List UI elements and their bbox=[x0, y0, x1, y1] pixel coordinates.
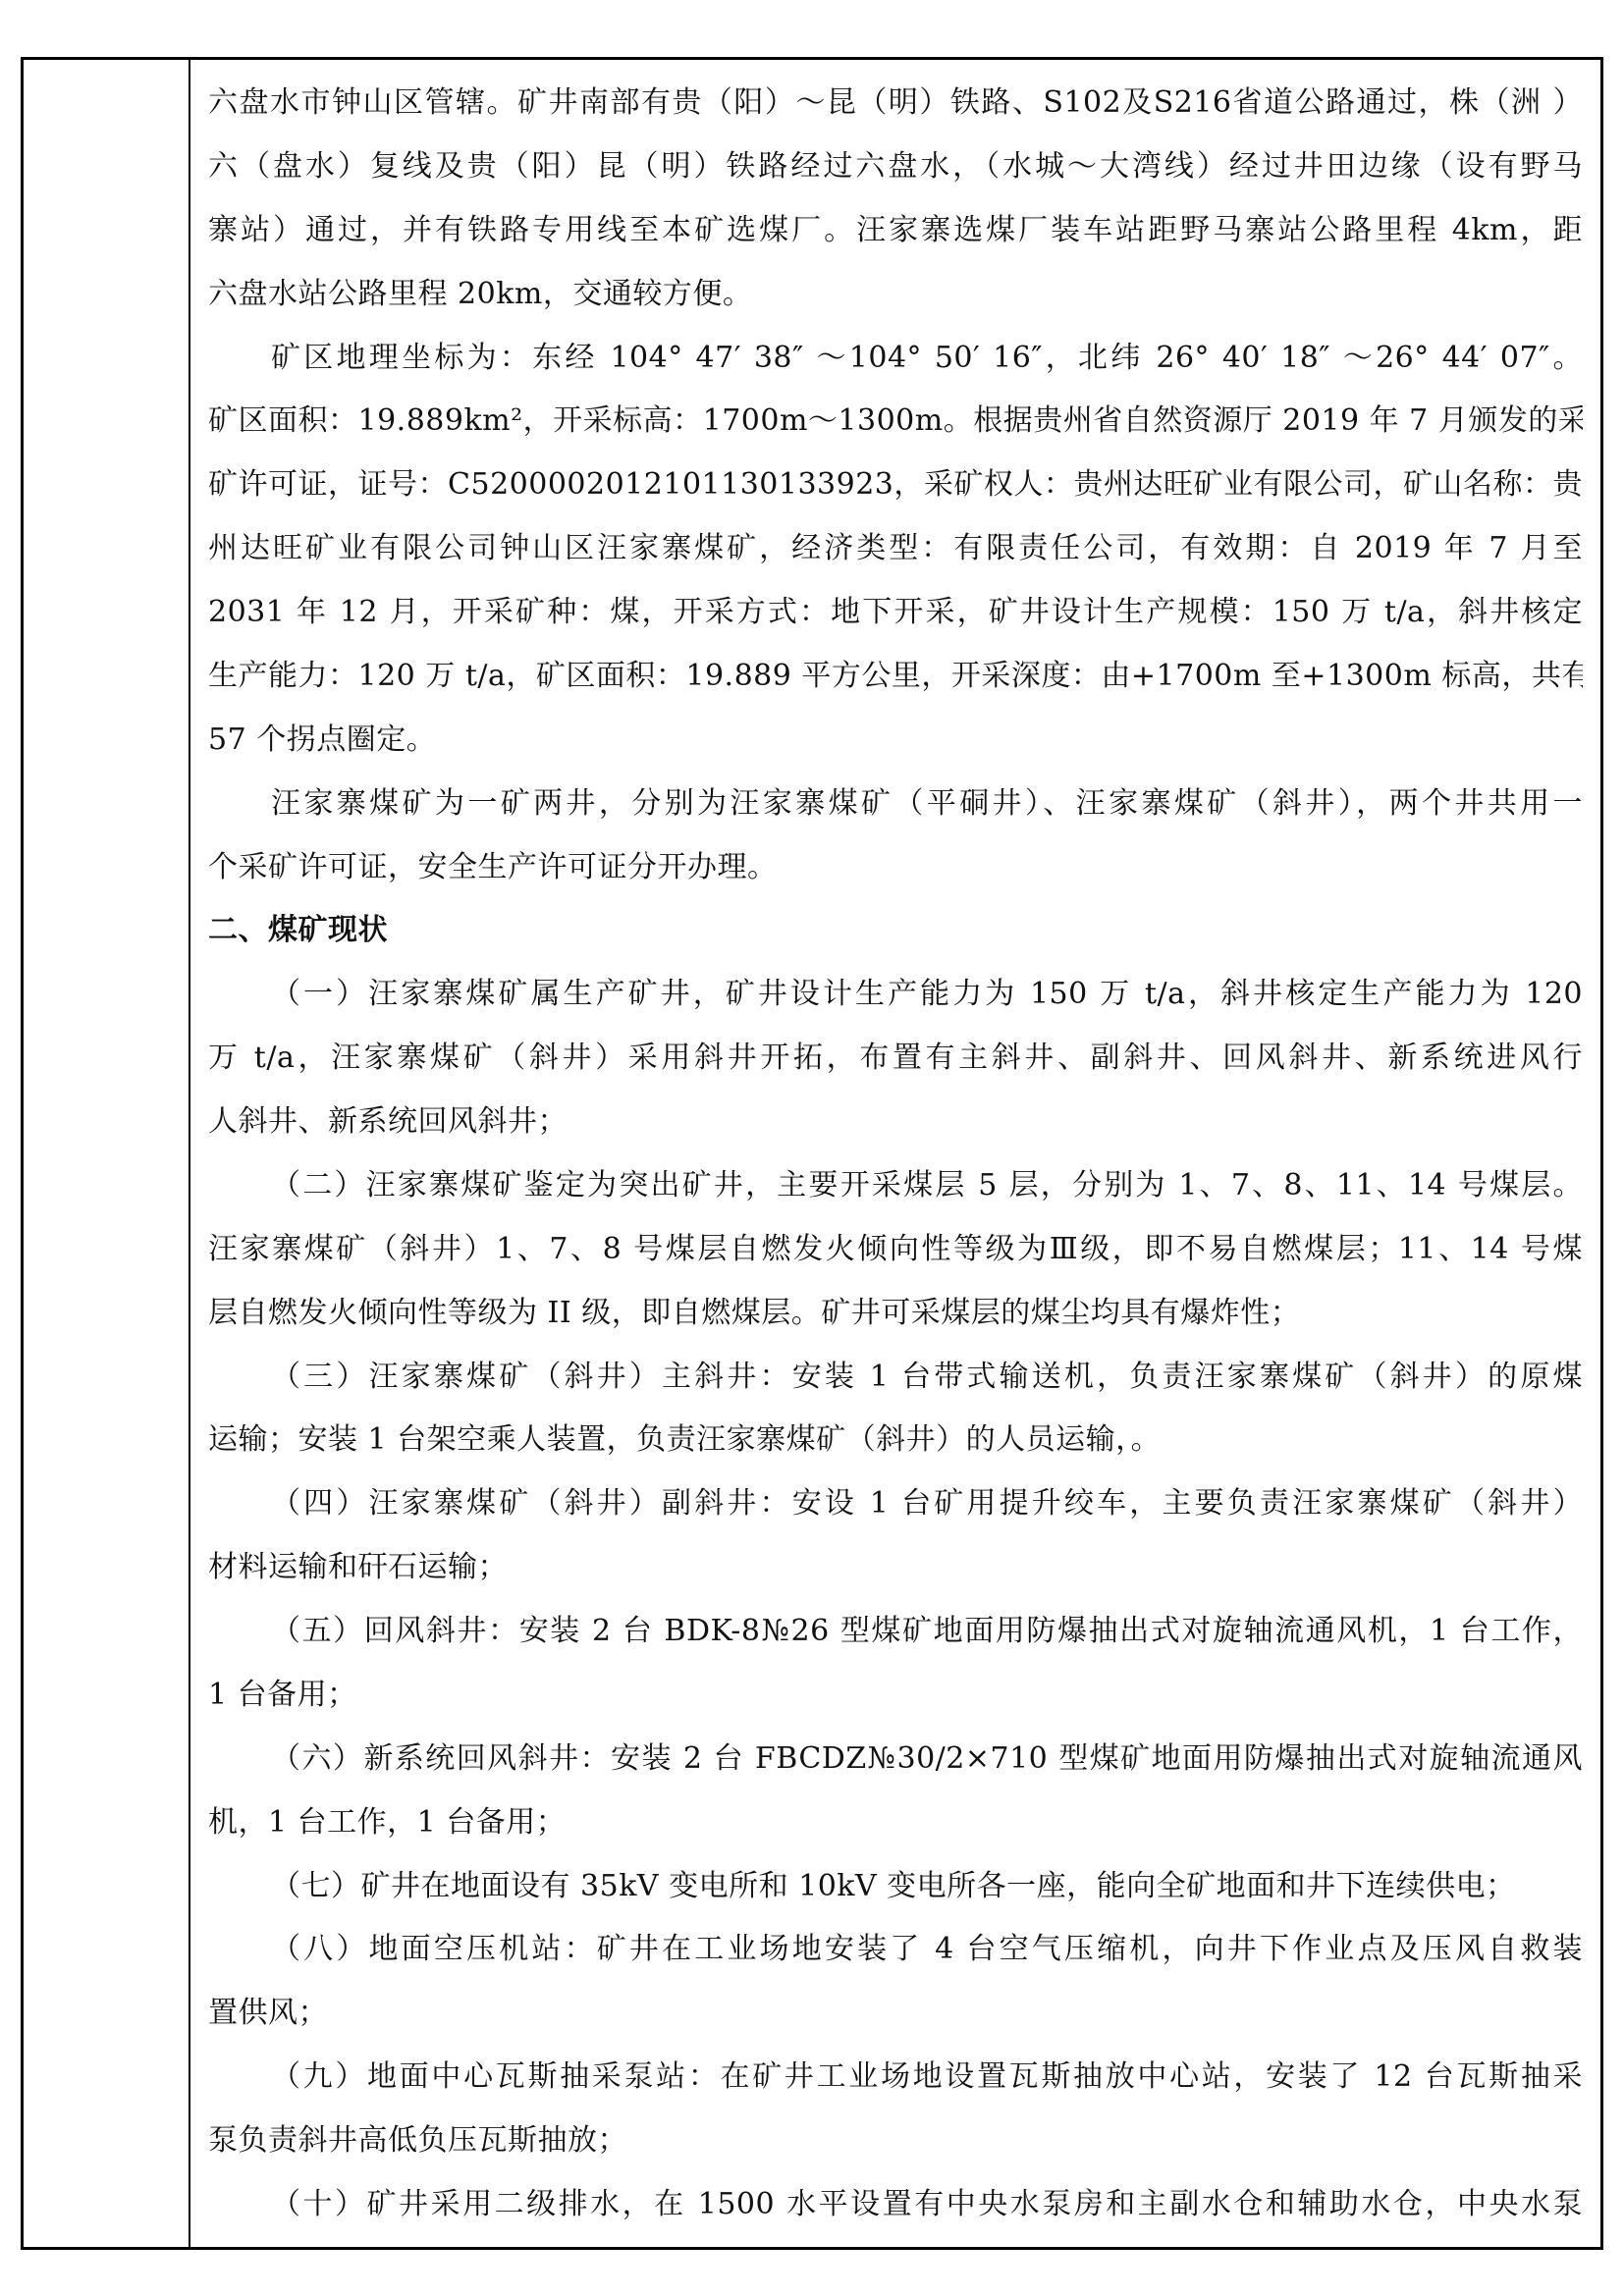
document-table: 六盘水市钟山区管辖。矿井南部有贵（阳）～昆（明）铁路、S102及S216省道公路… bbox=[21, 57, 1603, 2250]
text-line: （九）地面中心瓦斯抽采泵站：在矿井工业场地设置瓦斯抽放中心站，安装了 12 台瓦… bbox=[208, 2046, 1583, 2109]
text-line: 矿区地理坐标为：东经 104° 47′ 38″ ～104° 50′ 16″，北纬… bbox=[208, 327, 1583, 391]
text-line: 材料运输和矸石运输； bbox=[208, 1536, 1583, 1600]
text-line: 机，1 台工作，1 台备用； bbox=[208, 1791, 1583, 1855]
text-line: 生产能力：120 万 t/a，矿区面积：19.889 平方公里，开采深度：由+1… bbox=[208, 645, 1583, 709]
text-line: 六盘水站公路里程 20km，交通较方便。 bbox=[208, 263, 1583, 327]
text-line: 州达旺矿业有限公司钟山区汪家寨煤矿，经济类型：有限责任公司，有效期：自 2019… bbox=[208, 517, 1583, 581]
section-heading: 二、煤矿现状 bbox=[208, 899, 1583, 963]
text-line: 矿区面积：19.889km²，开采标高：1700m～1300m。根据贵州省自然资… bbox=[208, 390, 1583, 454]
text-line: 57 个拐点圈定。 bbox=[208, 709, 1583, 773]
text-line: 寨站）通过，并有铁路专用线至本矿选煤厂。汪家寨选煤厂装车站距野马寨站公路里程 4… bbox=[208, 199, 1583, 263]
text-line: 六盘水市钟山区管辖。矿井南部有贵（阳）～昆（明）铁路、S102及S216省道公路… bbox=[208, 72, 1583, 135]
text-line: 层自燃发火倾向性等级为 II 级，即自燃煤层。矿井可采煤层的煤尘均具有爆炸性； bbox=[208, 1282, 1583, 1346]
text-line: 2031 年 12 月，开采矿种：煤，开采方式：地下开采，矿井设计生产规模：15… bbox=[208, 581, 1583, 645]
text-line: （八）地面空压机站：矿井在工业场地安装了 4 台空气压缩机，向井下作业点及压风自… bbox=[208, 1918, 1583, 1982]
text-line: 六（盘水）复线及贵（阳）昆（明）铁路经过六盘水，（水城～大湾线）经过井田边缘（设… bbox=[208, 135, 1583, 199]
table-content-cell: 六盘水市钟山区管辖。矿井南部有贵（阳）～昆（明）铁路、S102及S216省道公路… bbox=[190, 60, 1600, 2247]
text-line: （十）矿井采用二级排水，在 1500 水平设置有中央水泵房和主副水仓和辅助水仓，… bbox=[208, 2173, 1583, 2237]
text-line: （六）新系统回风斜井：安装 2 台 FBCDZ№30/2×710 型煤矿地面用防… bbox=[208, 1728, 1583, 1791]
text-line: 矿许可证，证号：C5200002012101130133923，采矿权人：贵州达… bbox=[208, 454, 1583, 517]
text-line: （一）汪家寨煤矿属生产矿井，矿井设计生产能力为 150 万 t/a，斜井核定生产… bbox=[208, 963, 1583, 1027]
text-line: 泵负责斜井高低负压瓦斯抽放； bbox=[208, 2109, 1583, 2173]
table-left-cell bbox=[24, 60, 190, 2247]
text-line: 1 台备用； bbox=[208, 1664, 1583, 1728]
text-line: 汪家寨煤矿（斜井）1、7、8 号煤层自燃发火倾向性等级为Ⅲ级，即不易自燃煤层；1… bbox=[208, 1218, 1583, 1282]
text-line: 运输；安装 1 台架空乘人装置，负责汪家寨煤矿（斜井）的人员运输，。 bbox=[208, 1409, 1583, 1472]
text-line: 个采矿许可证，安全生产许可证分开办理。 bbox=[208, 836, 1583, 900]
text-line: 汪家寨煤矿为一矿两井，分别为汪家寨煤矿（平硐井）、汪家寨煤矿（斜井），两个井共用… bbox=[208, 773, 1583, 836]
text-line: 置供风； bbox=[208, 1982, 1583, 2046]
text-line: （七）矿井在地面设有 35kV 变电所和 10kV 变电所各一座，能向全矿地面和… bbox=[208, 1855, 1583, 1919]
text-line: （二）汪家寨煤矿鉴定为突出矿井，主要开采煤层 5 层，分别为 1、7、8、11、… bbox=[208, 1154, 1583, 1218]
text-line: （三）汪家寨煤矿（斜井）主斜井：安装 1 台带式输送机，负责汪家寨煤矿（斜井）的… bbox=[208, 1346, 1583, 1410]
text-line: （五）回风斜井：安装 2 台 BDK-8№26 型煤矿地面用防爆抽出式对旋轴流通… bbox=[208, 1600, 1583, 1664]
text-line: 万 t/a，汪家寨煤矿（斜井）采用斜井开拓，布置有主斜井、副斜井、回风斜井、新系… bbox=[208, 1027, 1583, 1091]
text-line: （四）汪家寨煤矿（斜井）副斜井：安设 1 台矿用提升绞车，主要负责汪家寨煤矿（斜… bbox=[208, 1472, 1583, 1536]
text-line: 人斜井、新系统回风斜井； bbox=[208, 1091, 1583, 1154]
